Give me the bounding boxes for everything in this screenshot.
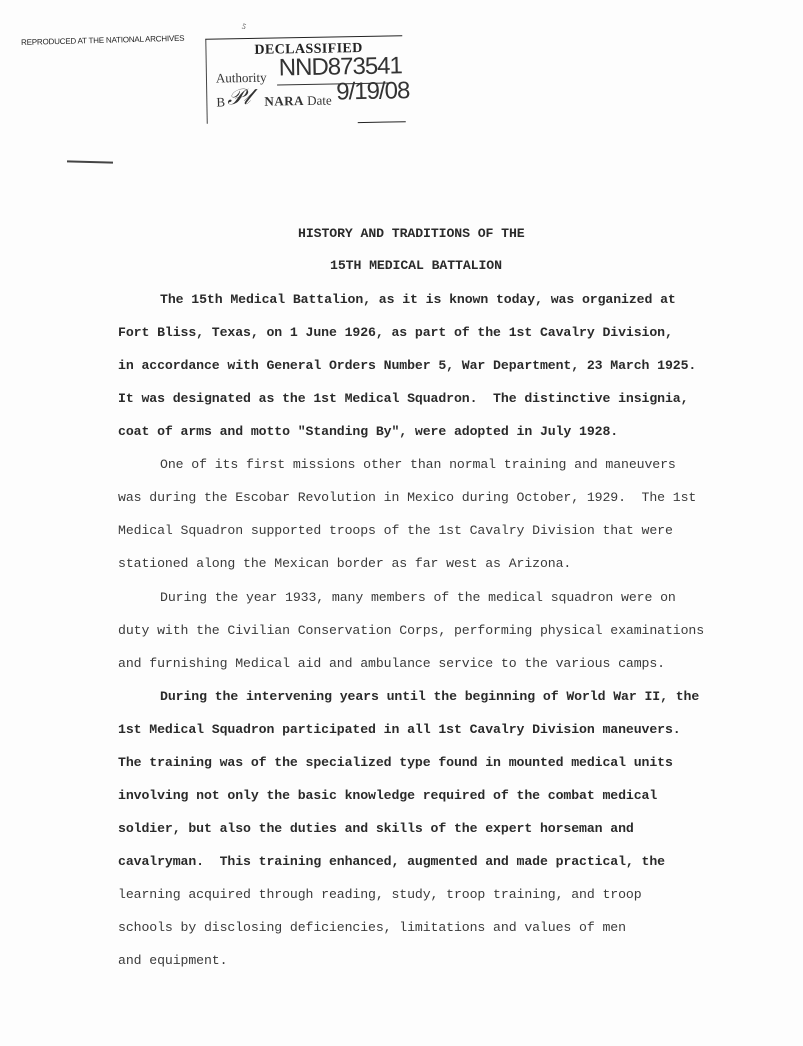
paragraph-4-line-8: schools by disclosing deficiencies, limi… — [118, 920, 626, 935]
paragraph-1-line-1: The 15th Medical Battalion, as it is kno… — [160, 292, 676, 307]
document-title-line1: HISTORY AND TRADITIONS OF THE — [298, 226, 525, 241]
paragraph-2-line-4: stationed along the Mexican border as fa… — [118, 556, 571, 571]
margin-dash — [67, 160, 113, 163]
paragraph-3-line-3: and furnishing Medical aid and ambulance… — [118, 656, 665, 671]
date-value: 9/19/08 — [336, 77, 410, 106]
reproduced-notice: REPRODUCED AT THE NATIONAL ARCHIVES — [21, 34, 184, 47]
paragraph-4-line-2: 1st Medical Squadron participated in all… — [118, 722, 681, 737]
paragraph-4-line-9: and equipment. — [118, 953, 227, 968]
paragraph-3-line-2: duty with the Civilian Conservation Corp… — [118, 623, 704, 638]
stamp-bottom-line — [358, 121, 406, 123]
authority-label: Authority — [216, 70, 267, 87]
paragraph-2-line-2: was during the Escobar Revolution in Mex… — [118, 490, 696, 505]
paragraph-4-line-7: learning acquired through reading, study… — [118, 887, 642, 902]
paragraph-1-line-2: Fort Bliss, Texas, on 1 June 1926, as pa… — [118, 325, 673, 340]
document-page: REPRODUCED AT THE NATIONAL ARCHIVES 5 DE… — [0, 0, 803, 1046]
document-title-line2: 15TH MEDICAL BATTALION — [330, 258, 502, 273]
paragraph-2-line-1: One of its first missions other than nor… — [160, 457, 676, 472]
nara-date-label: NARA Date — [264, 93, 332, 110]
paragraph-4-line-1: During the intervening years until the b… — [160, 689, 699, 704]
paragraph-2-line-3: Medical Squadron supported troops of the… — [118, 523, 673, 538]
signature: 𝒫𝓁 — [227, 85, 251, 110]
paragraph-1-line-4: It was designated as the 1st Medical Squ… — [118, 391, 688, 406]
nara-label: NARA — [264, 93, 304, 109]
by-label: B — [216, 94, 225, 110]
corner-mark: 5 — [241, 22, 248, 32]
paragraph-4-line-5: soldier, but also the duties and skills … — [118, 821, 634, 836]
paragraph-4-line-3: The training was of the specialized type… — [118, 755, 673, 770]
paragraph-3-line-1: During the year 1933, many members of th… — [160, 590, 676, 605]
paragraph-4-line-4: involving not only the basic knowledge r… — [118, 788, 657, 803]
date-label: Date — [307, 93, 332, 108]
paragraph-1-line-3: in accordance with General Orders Number… — [118, 358, 696, 373]
declassified-stamp: DECLASSIFIED Authority NND873541 B 𝒫𝓁 NA… — [205, 35, 403, 123]
paragraph-1-line-5: coat of arms and motto "Standing By", we… — [118, 424, 618, 439]
paragraph-4-line-6: cavalryman. This training enhanced, augm… — [118, 854, 665, 869]
